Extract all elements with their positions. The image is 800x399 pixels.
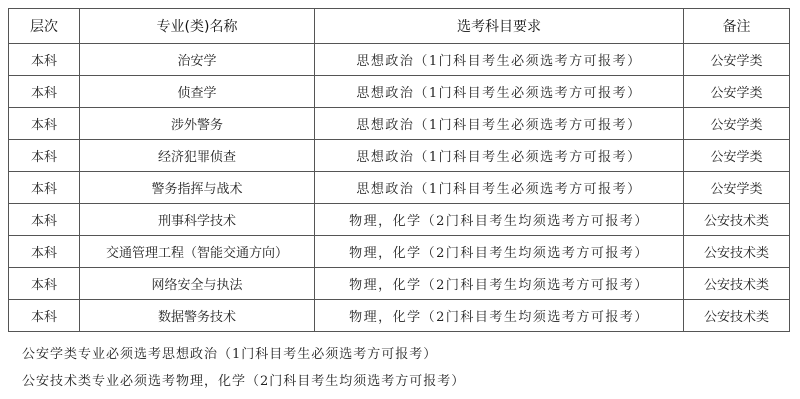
cell-note: 公安学类 bbox=[684, 76, 790, 108]
cell-major: 治安学 bbox=[80, 44, 315, 76]
header-note: 备注 bbox=[684, 9, 790, 44]
cell-major: 数据警务技术 bbox=[80, 300, 315, 332]
cell-note: 公安技术类 bbox=[684, 236, 790, 268]
cell-level: 本科 bbox=[9, 172, 80, 204]
cell-note: 公安技术类 bbox=[684, 300, 790, 332]
cell-major: 侦查学 bbox=[80, 76, 315, 108]
table-row: 本科 数据警务技术 物理，化学（2门科目考生均须选考方可报考） 公安技术类 bbox=[9, 300, 790, 332]
cell-requirement: 思想政治（1门科目考生必须选考方可报考） bbox=[315, 140, 684, 172]
cell-level: 本科 bbox=[9, 236, 80, 268]
table-row: 本科 涉外警务 思想政治（1门科目考生必须选考方可报考） 公安学类 bbox=[9, 108, 790, 140]
footnote-public-security-science: 公安学类专业必须选考思想政治（1门科目考生必须选考方可报考） bbox=[22, 344, 465, 371]
table-row: 本科 刑事科学技术 物理，化学（2门科目考生均须选考方可报考） 公安技术类 bbox=[9, 204, 790, 236]
cell-level: 本科 bbox=[9, 44, 80, 76]
table-row: 本科 交通管理工程（智能交通方向） 物理，化学（2门科目考生均须选考方可报考） … bbox=[9, 236, 790, 268]
cell-requirement: 物理，化学（2门科目考生均须选考方可报考） bbox=[315, 268, 684, 300]
cell-requirement: 物理，化学（2门科目考生均须选考方可报考） bbox=[315, 236, 684, 268]
cell-level: 本科 bbox=[9, 300, 80, 332]
header-major: 专业(类)名称 bbox=[80, 9, 315, 44]
footnote-public-security-technology: 公安技术类专业必须选考物理，化学（2门科目考生均须选考方可报考） bbox=[22, 371, 465, 398]
cell-level: 本科 bbox=[9, 108, 80, 140]
cell-note: 公安学类 bbox=[684, 108, 790, 140]
subject-requirements-table: 层次 专业(类)名称 选考科目要求 备注 本科 治安学 思想政治（1门科目考生必… bbox=[8, 8, 790, 332]
cell-major: 警务指挥与战术 bbox=[80, 172, 315, 204]
cell-major: 网络安全与执法 bbox=[80, 268, 315, 300]
cell-requirement: 物理，化学（2门科目考生均须选考方可报考） bbox=[315, 204, 684, 236]
cell-requirement: 思想政治（1门科目考生必须选考方可报考） bbox=[315, 44, 684, 76]
cell-level: 本科 bbox=[9, 204, 80, 236]
cell-major: 涉外警务 bbox=[80, 108, 315, 140]
cell-level: 本科 bbox=[9, 140, 80, 172]
cell-level: 本科 bbox=[9, 76, 80, 108]
cell-requirement: 思想政治（1门科目考生必须选考方可报考） bbox=[315, 76, 684, 108]
table-row: 本科 警务指挥与战术 思想政治（1门科目考生必须选考方可报考） 公安学类 bbox=[9, 172, 790, 204]
cell-requirement: 思想政治（1门科目考生必须选考方可报考） bbox=[315, 172, 684, 204]
footnotes: 公安学类专业必须选考思想政治（1门科目考生必须选考方可报考） 公安技术类专业必须… bbox=[22, 344, 465, 398]
table-row: 本科 经济犯罪侦查 思想政治（1门科目考生必须选考方可报考） 公安学类 bbox=[9, 140, 790, 172]
cell-note: 公安学类 bbox=[684, 44, 790, 76]
cell-level: 本科 bbox=[9, 268, 80, 300]
table-row: 本科 侦查学 思想政治（1门科目考生必须选考方可报考） 公安学类 bbox=[9, 76, 790, 108]
cell-major: 交通管理工程（智能交通方向） bbox=[80, 236, 315, 268]
header-level: 层次 bbox=[9, 9, 80, 44]
cell-requirement: 思想政治（1门科目考生必须选考方可报考） bbox=[315, 108, 684, 140]
cell-requirement: 物理，化学（2门科目考生均须选考方可报考） bbox=[315, 300, 684, 332]
table-row: 本科 网络安全与执法 物理，化学（2门科目考生均须选考方可报考） 公安技术类 bbox=[9, 268, 790, 300]
cell-note: 公安学类 bbox=[684, 172, 790, 204]
table-header-row: 层次 专业(类)名称 选考科目要求 备注 bbox=[9, 9, 790, 44]
cell-major: 刑事科学技术 bbox=[80, 204, 315, 236]
cell-note: 公安技术类 bbox=[684, 268, 790, 300]
table-row: 本科 治安学 思想政治（1门科目考生必须选考方可报考） 公安学类 bbox=[9, 44, 790, 76]
cell-note: 公安学类 bbox=[684, 140, 790, 172]
header-requirement: 选考科目要求 bbox=[315, 9, 684, 44]
cell-note: 公安技术类 bbox=[684, 204, 790, 236]
cell-major: 经济犯罪侦查 bbox=[80, 140, 315, 172]
